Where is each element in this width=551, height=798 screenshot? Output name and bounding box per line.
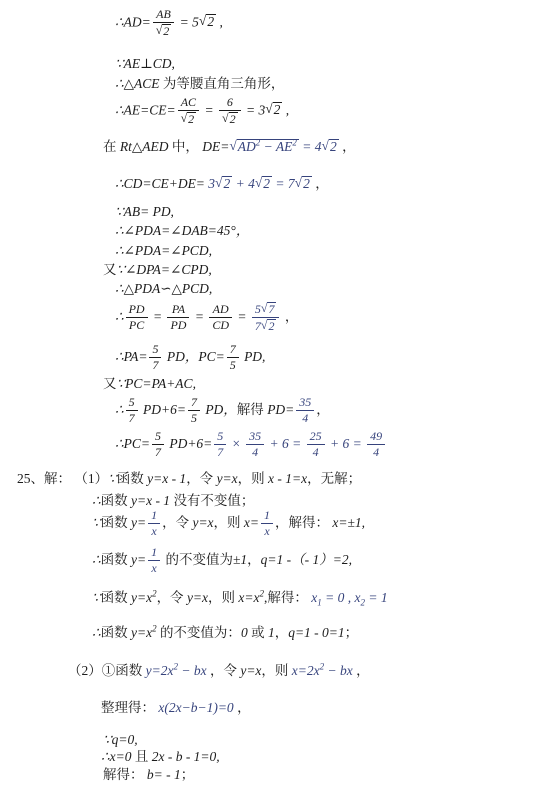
- text-run: ，: [237, 700, 251, 715]
- math-line: 又∵∠DPA=∠CPD,: [103, 261, 212, 279]
- text-run: 0: [241, 625, 251, 640]
- fraction: 57: [149, 343, 161, 372]
- text-run: ，解得：: [275, 515, 329, 530]
- fraction: 1x: [148, 509, 160, 538]
- fraction: PDPC: [126, 303, 148, 332]
- text-run: 5: [230, 358, 236, 372]
- math-line: 25、解： （1）∵函数 y=x - 1，令 y=x，则 x - 1=x，无解；: [17, 470, 361, 488]
- text-run: 又: [103, 262, 117, 277]
- fraction: 254: [307, 430, 325, 459]
- fraction-numerator: 49: [367, 430, 385, 445]
- radicand: 7: [267, 302, 276, 316]
- fraction: 5√77√2: [252, 302, 280, 333]
- fraction-numerator: AC: [178, 96, 200, 111]
- text-run: ∴: [92, 552, 101, 567]
- text-run: y=: [131, 515, 146, 530]
- text-run: x=: [244, 515, 259, 530]
- math-line: 整理得： x(2x−b−1)=0 ，: [101, 699, 251, 717]
- fraction: AC√2: [178, 96, 200, 126]
- fraction: AB√2: [153, 8, 175, 38]
- math-line: ∴函数 y=x - 1 没有不变值；: [92, 492, 254, 510]
- radical: √2: [255, 175, 272, 193]
- math-line: ∴x=0 且 2x - b - 1=0,: [101, 748, 220, 766]
- fraction-denominator: 7: [152, 445, 164, 459]
- text-run: 的不变值为：: [157, 625, 241, 640]
- text-run: ∴x=0: [101, 749, 135, 764]
- fraction-numerator: 1: [261, 509, 273, 524]
- text-run: 2: [223, 176, 230, 191]
- fraction-numerator: 6: [219, 96, 241, 111]
- text-run: 2: [163, 24, 169, 38]
- text-run: ，: [339, 139, 356, 154]
- text-run: 1: [265, 625, 275, 640]
- radical-sign-icon: √: [215, 174, 222, 192]
- text-run: −: [260, 139, 276, 154]
- fraction-denominator: PC: [126, 318, 148, 332]
- text-run: y=x: [187, 590, 208, 605]
- text-run: 解得：: [103, 767, 147, 782]
- text-run: = 3: [243, 102, 266, 117]
- fraction: 1x: [261, 509, 273, 538]
- text-run: ，则: [238, 471, 268, 486]
- text-run: 又: [103, 376, 117, 391]
- fraction-numerator: 35: [246, 430, 264, 445]
- text-run: ∴∠PDA=∠DAB=45°，: [115, 223, 249, 238]
- text-run: AC: [181, 95, 196, 109]
- text-run: = 7: [272, 176, 295, 191]
- text-run: PD，: [202, 402, 237, 417]
- text-run: ，令: [162, 515, 192, 530]
- math-line: ∴PC=57 PD+6=57 × 354 + 6 = 254 + 6 = 494: [115, 430, 387, 459]
- text-run: ∴: [92, 493, 101, 508]
- text-run: ∵AB= PD,: [115, 204, 174, 219]
- text-run: AE: [276, 139, 293, 154]
- radicand: 2: [267, 319, 276, 333]
- radicand: 2: [273, 102, 283, 117]
- text-run: PA: [172, 302, 185, 316]
- fraction-denominator: 4: [246, 445, 264, 459]
- text-run: 没有不变值；: [173, 493, 254, 508]
- text-run: ∴△ACE: [115, 76, 163, 91]
- text-run: 函数: [101, 493, 131, 508]
- fraction-denominator: x: [148, 524, 160, 538]
- document-page: ∴AD=AB√2 = 5√2 ,∵AE⊥CD,∴△ACE 为等腰直角三角形，∴A…: [0, 0, 551, 798]
- text-run: q=1 -（- 1）=2,: [261, 552, 352, 567]
- math-line: ∵函数 y=1x，令 y=x，则 x=1x，解得： x=±1,: [92, 509, 365, 538]
- text-run: ∴: [115, 309, 124, 324]
- text-run: 2: [303, 176, 310, 191]
- text-run: 4: [252, 445, 258, 459]
- text-run: 1: [264, 508, 270, 522]
- text-run: 函数: [117, 471, 147, 486]
- text-run: ∴PA=: [115, 349, 147, 364]
- text-run: =: [201, 102, 217, 117]
- text-run: ±1: [233, 552, 247, 567]
- math-line: ∵函数 y=x2，令 y=x，则 x=x2,解得： x1 = 0 , x2 = …: [92, 589, 388, 607]
- text-run: x(2x−b−1)=0: [158, 700, 237, 715]
- fraction-numerator: 5: [152, 430, 164, 445]
- text-run: 35: [249, 429, 261, 443]
- fraction-denominator: 7: [126, 411, 138, 425]
- fraction-denominator: x: [148, 561, 160, 575]
- fraction-numerator: 35: [296, 396, 314, 411]
- text-run: 函数: [101, 515, 131, 530]
- text-run: PD+6=: [140, 402, 186, 417]
- fraction-denominator: √2: [153, 23, 175, 38]
- text-run: PD，PC=: [163, 349, 224, 364]
- text-run: PD: [170, 318, 186, 332]
- text-run: ；: [181, 767, 195, 782]
- text-run: ∵: [108, 471, 117, 486]
- text-run: ∵∠DPA=∠CPD,: [117, 262, 212, 277]
- text-run: x: [264, 524, 269, 538]
- text-run: PD,: [241, 349, 266, 364]
- text-run: ∴AD=: [115, 14, 151, 29]
- fraction-numerator: PD: [126, 303, 148, 318]
- fraction-denominator: 4: [296, 411, 314, 425]
- math-line: ∴函数 y=x2 的不变值为：0 或 1，q=1 - 0=1；: [92, 624, 358, 642]
- text-run: − bx: [324, 663, 356, 678]
- text-run: y=x - 1: [131, 493, 173, 508]
- math-line: ∴AD=AB√2 = 5√2 ,: [115, 8, 223, 38]
- text-run: 4: [313, 445, 319, 459]
- fraction-denominator: 5: [188, 411, 200, 425]
- text-run: 2: [188, 112, 194, 126]
- fraction-numerator: AB: [153, 8, 175, 23]
- math-line: ∵AE⊥CD,: [115, 55, 175, 73]
- text-run: ，令: [186, 471, 216, 486]
- text-run: ；: [345, 625, 359, 640]
- fraction-numerator: AD: [209, 303, 232, 318]
- radicand: 2: [262, 176, 272, 191]
- text-run: ∴∠PDA=∠PCD,: [115, 243, 212, 258]
- radicand: 2: [229, 112, 238, 126]
- text-run: y=x: [192, 515, 213, 530]
- math-line: ∴PDPC = PAPD = ADCD = 5√77√2 ，: [115, 302, 298, 333]
- radicand: 2: [162, 24, 171, 38]
- text-run: y=x: [217, 471, 238, 486]
- fraction-denominator: 4: [307, 445, 325, 459]
- text-run: ，令: [157, 590, 187, 605]
- text-run: x: [151, 561, 156, 575]
- radical-sign-icon: √: [199, 12, 206, 30]
- text-run: 7: [191, 395, 197, 409]
- text-run: ,: [216, 14, 223, 29]
- radical-sign-icon: √: [322, 137, 329, 155]
- text-run: y=x: [131, 590, 152, 605]
- text-run: CD: [212, 318, 229, 332]
- text-run: 函数: [101, 625, 131, 640]
- text-run: 5: [191, 411, 197, 425]
- text-run: ，则: [208, 590, 238, 605]
- text-run: 1: [151, 545, 157, 559]
- text-run: x=2x: [292, 663, 320, 678]
- fraction-numerator: 5: [126, 396, 138, 411]
- fraction-denominator: 5: [227, 358, 239, 372]
- fraction-numerator: 5√7: [252, 302, 280, 318]
- fraction-denominator: CD: [209, 318, 232, 332]
- radical-sign-icon: √: [229, 137, 236, 155]
- text-run: =: [150, 309, 166, 324]
- fraction: 354: [246, 430, 264, 459]
- text-run: 为等腰直角三角形，: [163, 76, 285, 91]
- text-run: ∵: [92, 590, 101, 605]
- text-run: = 4: [299, 139, 322, 154]
- fraction-denominator: PD: [167, 318, 189, 332]
- fraction: 57: [152, 430, 164, 459]
- fraction-numerator: 7: [227, 343, 239, 358]
- text-run: ，: [275, 625, 289, 640]
- math-line: 在 Rt△AED 中， DE=√AD2 − AE2 = 4√2 ，: [103, 138, 356, 156]
- text-run: 解得: [237, 402, 267, 417]
- text-run: 5: [152, 342, 158, 356]
- text-run: ∴AE=CE=: [115, 102, 176, 117]
- text-run: 2x - b - 1=0,: [148, 749, 219, 764]
- math-line: ∴CD=CE+DE= 3√2 + 4√2 = 7√2 ，: [115, 175, 329, 193]
- text-run: + 6 =: [266, 436, 304, 451]
- text-run: ∴CD=CE+DE=: [115, 176, 208, 191]
- fraction: ADCD: [209, 303, 232, 332]
- radical: √2: [322, 138, 339, 156]
- text-run: = 1: [365, 590, 388, 605]
- fraction-denominator: 4: [367, 445, 385, 459]
- radical: √2: [295, 175, 312, 193]
- text-run: =: [234, 309, 250, 324]
- text-run: 5: [155, 429, 161, 443]
- radicand: 2: [302, 176, 312, 191]
- text-run: b= - 1: [147, 767, 181, 782]
- radical: √2: [181, 112, 197, 126]
- text-run: 2: [207, 14, 214, 29]
- text-run: ,: [282, 102, 289, 117]
- text-run: ，: [281, 309, 298, 324]
- math-line: ∴57 PD+6=75 PD，解得 PD=354，: [115, 396, 330, 425]
- text-run: 7: [152, 358, 158, 372]
- text-run: AD: [213, 302, 229, 316]
- text-run: 5: [129, 395, 135, 409]
- fraction-numerator: 1: [148, 546, 160, 561]
- math-line: ∴△ACE 为等腰直角三角形，: [115, 75, 284, 93]
- text-run: = 5: [176, 14, 199, 29]
- text-run: ∴: [115, 402, 124, 417]
- text-run: + 6 =: [327, 436, 365, 451]
- text-run: PD+6=: [166, 436, 212, 451]
- fraction-numerator: 5: [149, 343, 161, 358]
- sup-script: 2: [292, 138, 297, 148]
- math-line: ∵q=0,: [103, 731, 138, 749]
- fraction: 494: [367, 430, 385, 459]
- text-run: ，则: [214, 515, 244, 530]
- math-line: ∴函数 y=1x 的不变值为±1，q=1 -（- 1）=2,: [92, 546, 352, 575]
- fraction: 57: [126, 396, 138, 425]
- text-run: x=±1,: [329, 515, 365, 530]
- text-run: （2）①函数: [68, 663, 146, 678]
- fraction-denominator: x: [261, 524, 273, 538]
- text-run: y=x - 1: [147, 471, 186, 486]
- text-run: PD=: [267, 402, 294, 417]
- text-run: ∵: [92, 515, 101, 530]
- radical: √2: [265, 101, 282, 119]
- math-line: ∴AE=CE=AC√2 = 6√2 = 3√2 ,: [115, 96, 289, 126]
- text-run: ，: [316, 402, 330, 417]
- text-run: 函数: [101, 590, 131, 605]
- radical-sign-icon: √: [181, 112, 188, 125]
- text-run: ，则: [261, 663, 291, 678]
- text-run: 7: [217, 445, 223, 459]
- text-run: ，: [356, 663, 370, 678]
- text-run: AD: [238, 139, 256, 154]
- text-run: Rt△AED: [120, 139, 172, 154]
- text-run: q=1 - 0=1: [288, 625, 344, 640]
- text-run: 2: [268, 319, 274, 333]
- text-run: 在: [103, 139, 120, 154]
- text-run: 7: [268, 302, 274, 316]
- radical-sign-icon: √: [261, 302, 268, 315]
- fraction: 57: [214, 430, 226, 459]
- text-run: 49: [370, 429, 382, 443]
- text-run: 1: [151, 508, 157, 522]
- text-run: 中，: [172, 139, 202, 154]
- radical: √7: [261, 302, 277, 316]
- radicand: 2: [329, 139, 339, 154]
- radical-sign-icon: √: [156, 24, 163, 37]
- text-run: DE=: [202, 139, 229, 154]
- text-run: ,解得：: [264, 590, 311, 605]
- math-line: ∴∠PDA=∠PCD,: [115, 242, 212, 260]
- fraction: 6√2: [219, 96, 241, 126]
- radical: √2: [222, 112, 238, 126]
- fraction: PAPD: [167, 303, 189, 332]
- radical: √AD2 − AE2: [229, 138, 299, 156]
- text-run: 且: [135, 749, 149, 764]
- radical-sign-icon: √: [295, 174, 302, 192]
- text-run: x - 1=x: [268, 471, 307, 486]
- math-line: 又∵PC=PA+AC,: [103, 375, 196, 393]
- text-run: x: [151, 524, 156, 538]
- text-run: 7: [155, 445, 161, 459]
- text-run: ∴PC=: [115, 436, 150, 451]
- text-run: ∴△PDA∽△PCD,: [115, 281, 212, 296]
- text-run: 5: [217, 429, 223, 443]
- fraction-denominator: √2: [178, 111, 200, 126]
- text-run: ∵PC=PA+AC,: [117, 376, 196, 391]
- text-run: x=x: [238, 590, 259, 605]
- math-line: ∵AB= PD,: [115, 203, 174, 221]
- radical: √2: [215, 175, 232, 193]
- text-run: y=: [131, 552, 146, 567]
- text-run: ，: [312, 176, 329, 191]
- math-line: 解得： b= - 1；: [103, 766, 194, 784]
- fraction: 1x: [148, 546, 160, 575]
- text-run: 6: [227, 95, 233, 109]
- text-run: y=x: [131, 625, 152, 640]
- text-run: 函数: [101, 552, 131, 567]
- text-run: ，无解；: [307, 471, 361, 486]
- fraction-denominator: 7: [214, 445, 226, 459]
- text-run: 7: [230, 342, 236, 356]
- radical-sign-icon: √: [265, 100, 272, 118]
- radical-sign-icon: √: [222, 112, 229, 125]
- text-run: y=2x: [146, 663, 174, 678]
- fraction: 354: [296, 396, 314, 425]
- text-run: y=x: [240, 663, 261, 678]
- fraction-denominator: √2: [219, 111, 241, 126]
- text-run: ∴: [92, 625, 101, 640]
- text-run: 25、解： （1）: [17, 471, 108, 486]
- text-run: 25: [310, 429, 322, 443]
- fraction-numerator: 1: [148, 509, 160, 524]
- radicand: 2: [222, 176, 232, 191]
- radicand: 2: [206, 14, 216, 29]
- text-run: + 4: [232, 176, 255, 191]
- fraction-denominator: 7: [149, 358, 161, 372]
- radical-sign-icon: √: [255, 174, 262, 192]
- text-run: ×: [228, 436, 244, 451]
- text-run: 2: [330, 139, 337, 154]
- text-run: 7: [129, 411, 135, 425]
- text-run: 2: [230, 112, 236, 126]
- fraction-numerator: 7: [188, 396, 200, 411]
- text-run: − bx: [178, 663, 210, 678]
- text-run: 2: [263, 176, 270, 191]
- text-run: AB: [156, 7, 171, 21]
- radical-sign-icon: √: [261, 319, 268, 332]
- text-run: PC: [129, 318, 144, 332]
- fraction-numerator: PA: [167, 303, 189, 318]
- fraction: 75: [188, 396, 200, 425]
- radicand: 2: [187, 112, 196, 126]
- text-run: ∵q=0,: [103, 732, 138, 747]
- math-line: ∴∠PDA=∠DAB=45°，: [115, 222, 249, 240]
- text-run: 3: [208, 176, 215, 191]
- text-run: 35: [299, 395, 311, 409]
- text-run: ∵AE⊥CD,: [115, 56, 175, 71]
- text-run: 4: [373, 445, 379, 459]
- math-line: （2）①函数 y=2x2 − bx ，令 y=x，则 x=2x2 − bx ，: [68, 662, 370, 680]
- fraction-denominator: 7√2: [252, 318, 280, 333]
- math-line: ∴△PDA∽△PCD,: [115, 280, 212, 298]
- text-run: 的不变值为: [162, 552, 233, 567]
- math-line: ∴PA=57 PD，PC=75 PD,: [115, 343, 265, 372]
- text-run: PD: [129, 302, 145, 316]
- text-run: 或: [251, 625, 265, 640]
- text-run: 2: [274, 102, 281, 117]
- text-run: =: [191, 309, 207, 324]
- text-run: ，令: [210, 663, 240, 678]
- text-run: ，: [247, 552, 261, 567]
- fraction-numerator: 25: [307, 430, 325, 445]
- radical: √2: [199, 13, 216, 31]
- fraction: 75: [227, 343, 239, 372]
- radicand: AD2 − AE2: [237, 139, 299, 154]
- text-run: 4: [302, 411, 308, 425]
- text-run: 整理得：: [101, 700, 158, 715]
- radical: √2: [261, 319, 277, 333]
- text-run: = 0 , x: [322, 590, 361, 605]
- radical: √2: [156, 24, 172, 38]
- fraction-numerator: 5: [214, 430, 226, 445]
